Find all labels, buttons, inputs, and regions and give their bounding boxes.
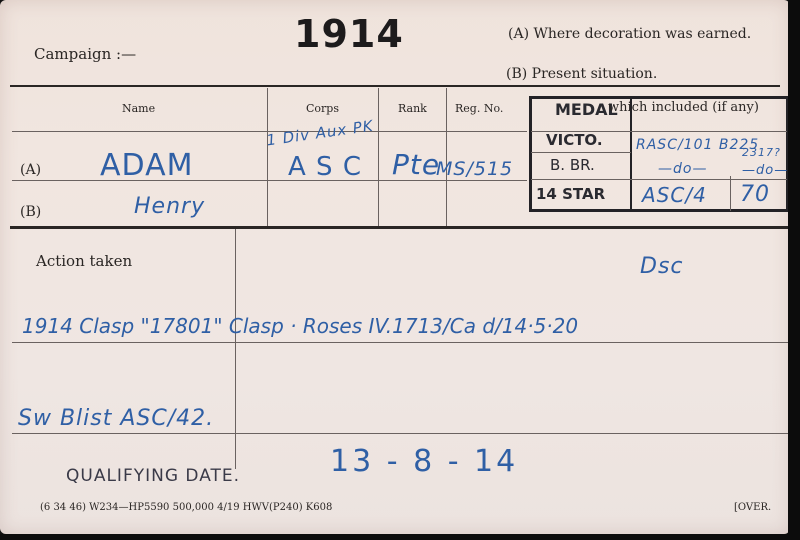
campaign-label: Campaign :—: [34, 45, 136, 63]
row-label-a: (A): [20, 162, 41, 178]
roll-1914-star: ASC/4: [642, 183, 707, 207]
action-line2: Sw Blist ASC/42.: [18, 406, 214, 431]
col-divider: [267, 88, 268, 226]
col-divider: [446, 88, 447, 226]
medal-header: which included (if any): [608, 100, 759, 115]
page-british-war: —do—: [742, 163, 788, 178]
header-name: Name: [122, 102, 155, 115]
corps: A S C: [288, 152, 362, 182]
medal-row-divider: [531, 179, 787, 180]
medal-name-1914-star: 14 STAR: [536, 185, 605, 203]
action-note-top: Dsc: [640, 254, 684, 279]
header-corps: Corps: [306, 102, 339, 115]
card-edge: [0, 534, 800, 540]
qualifying-date-stamp: QUALIFYING DATE.: [66, 466, 240, 486]
legend-a: (A) Where decoration was earned.: [508, 26, 751, 42]
forename: Henry: [134, 194, 205, 219]
surname: ADAM: [100, 148, 194, 183]
medal-row-divider: [531, 152, 631, 153]
legend-b: (B) Present situation.: [506, 66, 657, 82]
row-divider: [12, 180, 527, 181]
page-1914-star: 70: [740, 182, 770, 207]
print-code: (6 34 46) W234—HP5590 500,000 4/19 HWV(P…: [40, 502, 332, 513]
page-col-divider: [730, 176, 731, 211]
page-victory: 2317?: [742, 146, 781, 159]
action-line: [12, 342, 788, 343]
action-line: [12, 433, 788, 434]
over-marker: [OVER.: [734, 502, 771, 513]
qualifying-date: 13 - 8 - 14: [330, 444, 518, 479]
campaign-year-stamp: 1914: [294, 12, 404, 56]
action-line1: 1914 Clasp "17801" Clasp · Roses IV.1713…: [22, 314, 578, 338]
reg-no: MS/515: [436, 158, 513, 180]
roll-victory: RASC/101 B225: [636, 137, 759, 153]
corps-unit: 1 Div Aux PK: [265, 117, 374, 150]
medal-index-card: Campaign :— 1914 (A) Where decoration wa…: [0, 0, 790, 534]
row-label-b: (B): [20, 204, 41, 220]
medal-name-victory: VICTO.: [546, 131, 603, 149]
header-divider: [10, 85, 780, 87]
card-edge: [788, 0, 800, 540]
roll-british-war: —do—: [658, 161, 707, 177]
medal-name-british-war: B. BR.: [550, 156, 595, 174]
table-bottom-divider: [10, 226, 788, 229]
header-reg-no: Reg. No.: [455, 102, 503, 115]
action-label: Action taken: [36, 252, 132, 270]
col-divider: [378, 88, 379, 226]
header-rank: Rank: [398, 102, 427, 115]
rank: Pte: [392, 148, 440, 181]
